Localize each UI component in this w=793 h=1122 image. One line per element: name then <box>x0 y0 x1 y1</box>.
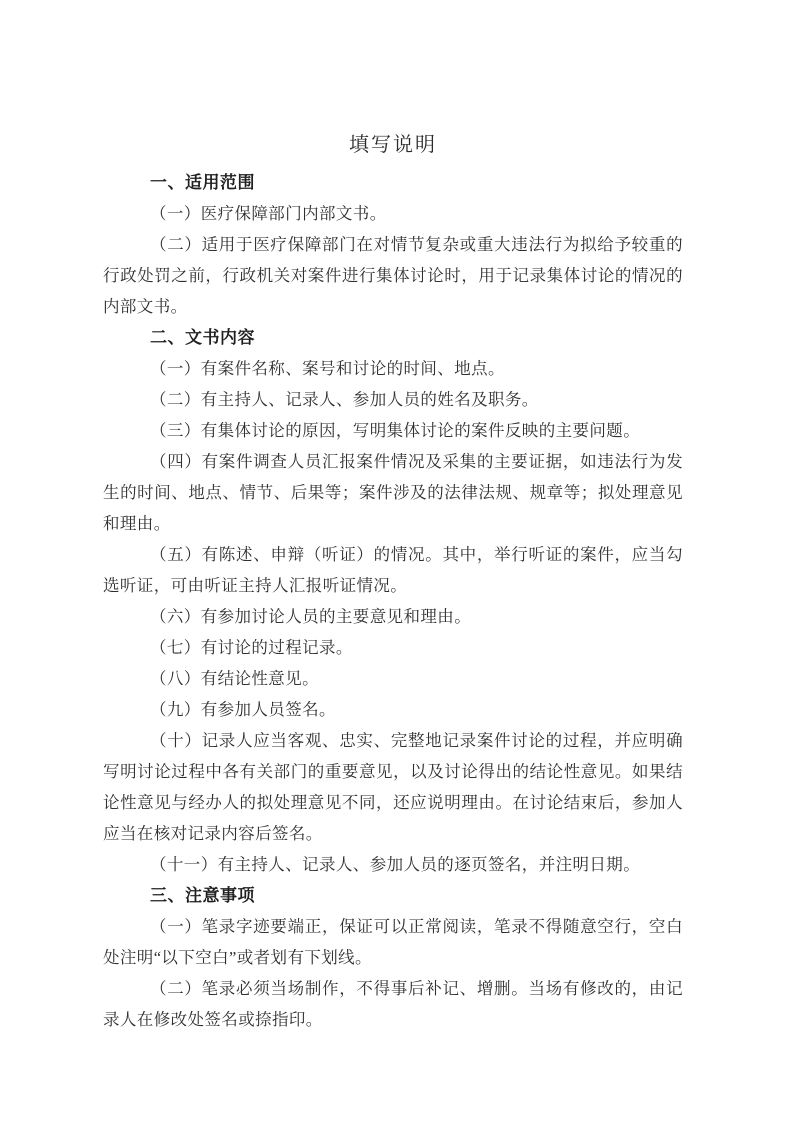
paragraph-notes-1: （一）笔录字迹要端正，保证可以正常阅读，笔录不得随意空行，空白处注明“以下空白”… <box>103 911 683 973</box>
document-title: 填写说明 <box>103 130 683 161</box>
paragraph-contents-2: （二）有主持人、记录人、参加人员的姓名及职务。 <box>103 384 683 415</box>
paragraph-contents-5: （五）有陈述、申辩（听证）的情况。其中，举行听证的案件，应当勾选听证，可由听证主… <box>103 539 683 601</box>
paragraph-scope-2: （二）适用于医疗保障部门在对情节复杂或重大违法行为拟给予较重的行政处罚之前，行政… <box>103 229 683 322</box>
paragraph-contents-3: （三）有集体讨论的原因，写明集体讨论的案件反映的主要问题。 <box>103 415 683 446</box>
document-page: 填写说明 一、适用范围 （一）医疗保障部门内部文书。 （二）适用于医疗保障部门在… <box>0 0 793 1122</box>
section-heading-contents: 二、文书内容 <box>103 322 683 353</box>
document-content: 填写说明 一、适用范围 （一）医疗保障部门内部文书。 （二）适用于医疗保障部门在… <box>103 130 683 1035</box>
paragraph-contents-8: （八）有结论性意见。 <box>103 663 683 694</box>
paragraph-contents-10: （十）记录人应当客观、忠实、完整地记录案件讨论的过程，并应明确写明讨论过程中各有… <box>103 725 683 849</box>
section-heading-notes: 三、注意事项 <box>103 880 683 911</box>
section-heading-scope: 一、适用范围 <box>103 167 683 198</box>
paragraph-contents-4: （四）有案件调查人员汇报案件情况及采集的主要证据，如违法行为发生的时间、地点、情… <box>103 446 683 539</box>
paragraph-notes-2: （二）笔录必须当场制作，不得事后补记、增删。当场有修改的，由记录人在修改处签名或… <box>103 973 683 1035</box>
paragraph-contents-9: （九）有参加人员签名。 <box>103 694 683 725</box>
paragraph-contents-1: （一）有案件名称、案号和讨论的时间、地点。 <box>103 353 683 384</box>
paragraph-contents-7: （七）有讨论的过程记录。 <box>103 632 683 663</box>
paragraph-contents-11: （十一）有主持人、记录人、参加人员的逐页签名，并注明日期。 <box>103 849 683 880</box>
paragraph-contents-6: （六）有参加讨论人员的主要意见和理由。 <box>103 601 683 632</box>
paragraph-scope-1: （一）医疗保障部门内部文书。 <box>103 198 683 229</box>
